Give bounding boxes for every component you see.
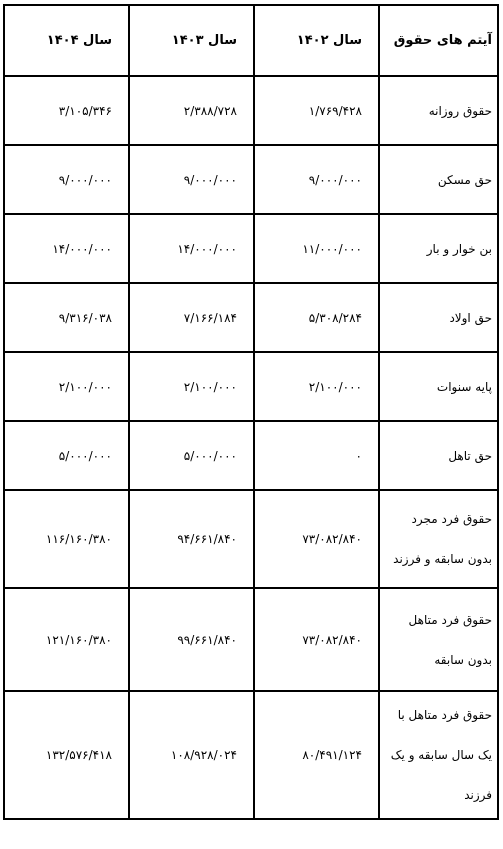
row-value-y1404: ۳/۱۰۵/۳۴۶: [4, 76, 129, 145]
row-value-y1402: ۸۰/۴۹۱/۱۲۴: [254, 691, 379, 819]
table-header: آیتم های حقوقسال ۱۴۰۲سال ۱۴۰۳سال ۱۴۰۴: [4, 5, 498, 76]
row-value-y1404: ۱۲۱/۱۶۰/۳۸۰: [4, 588, 129, 691]
row-value-y1404: ۹/۰۰۰/۰۰۰: [4, 145, 129, 214]
row-label: حق مسکن: [379, 145, 498, 214]
row-value-y1402: ۲/۱۰۰/۰۰۰: [254, 352, 379, 421]
table-body: حقوق روزانه۱/۷۶۹/۴۲۸۲/۳۸۸/۷۲۸۳/۱۰۵/۳۴۶حق…: [4, 76, 498, 819]
row-value-y1403: ۲/۳۸۸/۷۲۸: [129, 76, 254, 145]
row-value-y1402: ۷۳/۰۸۲/۸۴۰: [254, 490, 379, 588]
row-value-y1402: ۷۳/۰۸۲/۸۴۰: [254, 588, 379, 691]
row-value-y1403: ۲/۱۰۰/۰۰۰: [129, 352, 254, 421]
row-label: حق تاهل: [379, 421, 498, 490]
column-header-item: آیتم های حقوق: [379, 5, 498, 76]
row-label: بن خوار و بار: [379, 214, 498, 283]
table-row: حق تاهل۰۵/۰۰۰/۰۰۰۵/۰۰۰/۰۰۰: [4, 421, 498, 490]
header-row: آیتم های حقوقسال ۱۴۰۲سال ۱۴۰۳سال ۱۴۰۴: [4, 5, 498, 76]
document-page: آیتم های حقوقسال ۱۴۰۲سال ۱۴۰۳سال ۱۴۰۴ حق…: [0, 0, 503, 849]
row-value-y1403: ۷/۱۶۶/۱۸۴: [129, 283, 254, 352]
row-label: پایه سنوات: [379, 352, 498, 421]
column-header-y1404: سال ۱۴۰۴: [4, 5, 129, 76]
row-value-y1403: ۵/۰۰۰/۰۰۰: [129, 421, 254, 490]
table-row: بن خوار و بار۱۱/۰۰۰/۰۰۰۱۴/۰۰۰/۰۰۰۱۴/۰۰۰/…: [4, 214, 498, 283]
row-label: حقوق فرد متاهل بدون سابقه: [379, 588, 498, 691]
row-label: حقوق فرد متاهل با یک سال سابقه و یک فرزن…: [379, 691, 498, 819]
row-value-y1402: ۱۱/۰۰۰/۰۰۰: [254, 214, 379, 283]
table-row: حقوق فرد مجرد بدون سابقه و فرزند۷۳/۰۸۲/۸…: [4, 490, 498, 588]
row-label: حقوق روزانه: [379, 76, 498, 145]
table-row: حق مسکن۹/۰۰۰/۰۰۰۹/۰۰۰/۰۰۰۹/۰۰۰/۰۰۰: [4, 145, 498, 214]
row-value-y1403: ۹۴/۶۶۱/۸۴۰: [129, 490, 254, 588]
table-row: حقوق فرد متاهل بدون سابقه۷۳/۰۸۲/۸۴۰۹۹/۶۶…: [4, 588, 498, 691]
row-value-y1404: ۱۱۶/۱۶۰/۳۸۰: [4, 490, 129, 588]
table-row: پایه سنوات۲/۱۰۰/۰۰۰۲/۱۰۰/۰۰۰۲/۱۰۰/۰۰۰: [4, 352, 498, 421]
row-value-y1404: ۲/۱۰۰/۰۰۰: [4, 352, 129, 421]
row-value-y1404: ۵/۰۰۰/۰۰۰: [4, 421, 129, 490]
table-row: حق اولاد۵/۳۰۸/۲۸۴۷/۱۶۶/۱۸۴۹/۳۱۶/۰۳۸: [4, 283, 498, 352]
table-row: حقوق فرد متاهل با یک سال سابقه و یک فرزن…: [4, 691, 498, 819]
row-value-y1403: ۱۴/۰۰۰/۰۰۰: [129, 214, 254, 283]
row-value-y1403: ۹۹/۶۶۱/۸۴۰: [129, 588, 254, 691]
column-header-y1403: سال ۱۴۰۳: [129, 5, 254, 76]
row-label: حق اولاد: [379, 283, 498, 352]
row-value-y1404: ۹/۳۱۶/۰۳۸: [4, 283, 129, 352]
salary-comparison-table: آیتم های حقوقسال ۱۴۰۲سال ۱۴۰۳سال ۱۴۰۴ حق…: [3, 4, 499, 820]
row-value-y1403: ۱۰۸/۹۲۸/۰۲۴: [129, 691, 254, 819]
row-value-y1404: ۱۳۲/۵۷۶/۴۱۸: [4, 691, 129, 819]
row-value-y1402: ۵/۳۰۸/۲۸۴: [254, 283, 379, 352]
row-value-y1402: ۹/۰۰۰/۰۰۰: [254, 145, 379, 214]
row-value-y1402: ۱/۷۶۹/۴۲۸: [254, 76, 379, 145]
row-value-y1403: ۹/۰۰۰/۰۰۰: [129, 145, 254, 214]
row-label: حقوق فرد مجرد بدون سابقه و فرزند: [379, 490, 498, 588]
row-value-y1404: ۱۴/۰۰۰/۰۰۰: [4, 214, 129, 283]
table-row: حقوق روزانه۱/۷۶۹/۴۲۸۲/۳۸۸/۷۲۸۳/۱۰۵/۳۴۶: [4, 76, 498, 145]
row-value-y1402: ۰: [254, 421, 379, 490]
column-header-y1402: سال ۱۴۰۲: [254, 5, 379, 76]
